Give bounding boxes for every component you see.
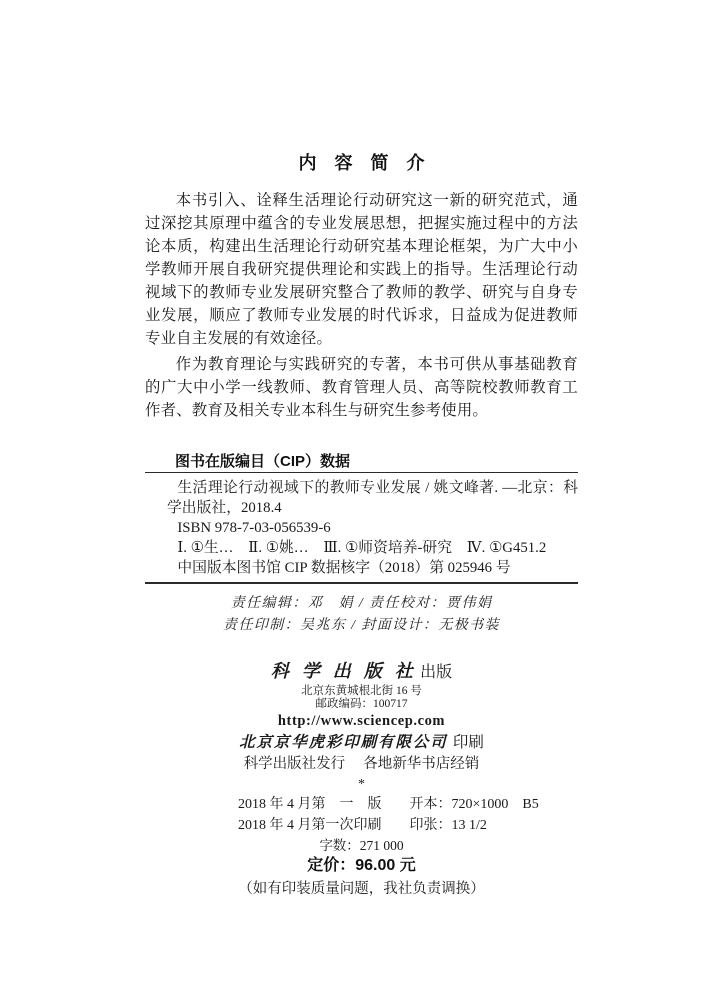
price: 定价：96.00 元 <box>145 855 578 876</box>
cip-entry: 生活理论行动视域下的教师专业发展 / 姚文峰著. —北京：科学出版社，2018.… <box>167 478 578 518</box>
publisher-name: 科学出版社 <box>271 661 426 681</box>
publisher-logo-line: 科学出版社出版 <box>145 661 578 683</box>
intro-section: 本书引入、诠释生活理论行动研究这一新的研究范式，通过深挖其原理中蕴含的专业发展思… <box>145 189 578 422</box>
intro-title: 内容简介 <box>145 150 578 176</box>
cip-record-number: 中国版本图书馆 CIP 数据核字（2018）第 025946 号 <box>167 558 578 578</box>
publisher-url: http://www.sciencep.com <box>145 711 578 731</box>
intro-title-text: 内容简介 <box>299 153 443 173</box>
quality-note: （如有印装质量问题，我社负责调换） <box>145 879 578 899</box>
printer-line: 北京京华虎彩印刷有限公司印刷 <box>145 732 578 754</box>
distribution-line: 科学出版社发行 各地新华书店经销 <box>145 754 578 774</box>
printer-name: 北京京华虎彩印刷有限公司 <box>239 734 447 751</box>
cip-header: 图书在版编目（CIP）数据 <box>145 454 578 469</box>
printrun-section: 2018 年 4 月第 一 版 开本：720×1000 B5 2018 年 4 … <box>145 794 578 899</box>
word-count: 字数：271 000 <box>145 837 578 854</box>
printer-suffix: 印刷 <box>453 734 484 751</box>
publisher-postcode: 邮政编码：100717 <box>145 698 578 711</box>
credits-editors: 责任编辑：邓 娟 / 责任校对：贾伟娟 <box>145 593 578 615</box>
publisher-address: 北京东黄城根北街 16 号 <box>145 685 578 698</box>
credits-printing-design: 责任印制：吴兆东 / 封面设计：无极书装 <box>145 615 578 637</box>
printrun-edition-block: 2018 年 4 月第 一 版 开本：720×1000 B5 2018 年 4 … <box>145 794 578 836</box>
impression-line: 2018 年 4 月第一次印刷 印张：13 1/2 <box>238 815 578 836</box>
intro-paragraph-1: 本书引入、诠释生活理论行动研究这一新的研究范式，通过深挖其原理中蕴含的专业发展思… <box>145 189 578 350</box>
publisher-name-suffix: 出版 <box>420 664 452 681</box>
copyright-page: 内容简介 本书引入、诠释生活理论行动研究这一新的研究范式，通过深挖其原理中蕴含的… <box>0 0 720 1000</box>
separator-asterisk: * <box>145 777 578 793</box>
publisher-section: 科学出版社出版 北京东黄城根北街 16 号 邮政编码：100717 http:/… <box>145 661 578 793</box>
cip-body: 生活理论行动视域下的教师专业发展 / 姚文峰著. —北京：科学出版社，2018.… <box>145 473 578 582</box>
cip-bottom-rule <box>145 582 578 584</box>
intro-paragraph-2: 作为教育理论与实践研究的专著，本书可供从事基础教育的广大中小学一线教师、教育管理… <box>145 353 578 422</box>
cip-section: 图书在版编目（CIP）数据 生活理论行动视域下的教师专业发展 / 姚文峰著. —… <box>145 454 578 584</box>
cip-isbn: ISBN 978-7-03-056539-6 <box>167 518 578 538</box>
edition-line: 2018 年 4 月第 一 版 开本：720×1000 B5 <box>238 794 578 815</box>
staff-credits: 责任编辑：邓 娟 / 责任校对：贾伟娟 责任印制：吴兆东 / 封面设计：无极书装 <box>145 593 578 637</box>
cip-classification: Ⅰ. ①生… Ⅱ. ①姚… Ⅲ. ①师资培养-研究 Ⅳ. ①G451.2 <box>167 538 578 558</box>
